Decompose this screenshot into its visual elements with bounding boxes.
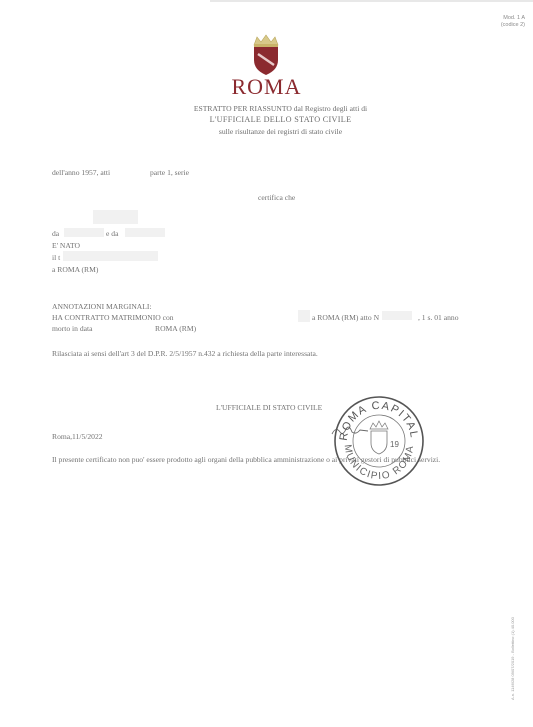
- record-part: parte 1, serie: [150, 168, 189, 177]
- born-place: a ROMA (RM): [52, 265, 98, 274]
- marriage-ref: , 1 s. 01 anno: [418, 313, 459, 322]
- certifies-text: certifica che: [258, 193, 295, 202]
- place-date: Roma,11/5/2022: [52, 432, 103, 441]
- official-stamp-icon: ROMA CAPITALE MUNICIPIO ROMA 19: [333, 395, 425, 487]
- legal-basis: Rilasciata ai sensi dell'art 3 del D.P.R…: [52, 349, 318, 358]
- annotations-heading: ANNOTAZIONI MARGINALI:: [52, 302, 152, 311]
- record-year: dell'anno 1957, atti: [52, 168, 110, 177]
- form-code-line1: Mod. 1 A: [501, 15, 525, 22]
- city-title: ROMA: [0, 74, 533, 100]
- redacted-spouse: [298, 310, 310, 322]
- document-title-line2: L'UFFICIALE DELLO STATO CIVILE: [14, 115, 533, 124]
- stamp-number: 19: [390, 440, 399, 449]
- redacted-act-number: [382, 311, 412, 320]
- death-place: ROMA (RM): [155, 324, 196, 333]
- document-title-line3: sulle risultanze dei registri di stato c…: [14, 127, 533, 136]
- page-edge: [210, 0, 533, 2]
- officer-title: L'UFFICIALE DI STATO CIVILE: [216, 403, 322, 412]
- parents-e-da: e da: [106, 229, 118, 238]
- born-date: il t: [52, 253, 60, 262]
- redacted-birth-date: [63, 251, 158, 261]
- form-code-line2: (codice 2): [501, 22, 525, 29]
- marriage-text: HA CONTRATTO MATRIMONIO con: [52, 313, 174, 322]
- form-code: Mod. 1 A (codice 2): [501, 15, 525, 29]
- document-title-line1: ESTRATTO PER RIASSUNTO dal Registro degl…: [14, 104, 533, 113]
- stamp-top-text: ROMA CAPITALE: [333, 395, 420, 441]
- side-print-code: A.n. 1146/28 09/07/2019 - Bollettino (1)…: [510, 617, 515, 700]
- redacted-mother: [125, 228, 165, 237]
- rome-coat-of-arms-icon: [249, 34, 283, 76]
- svg-text:ROMA CAPITALE: ROMA CAPITALE: [333, 395, 420, 441]
- marriage-place: a ROMA (RM) atto N: [312, 313, 379, 322]
- redacted-name: [93, 210, 138, 224]
- born-label: E' NATO: [52, 241, 80, 250]
- death-text: morto in data: [52, 324, 93, 333]
- parents-da: da: [52, 229, 59, 238]
- redacted-father: [64, 228, 104, 237]
